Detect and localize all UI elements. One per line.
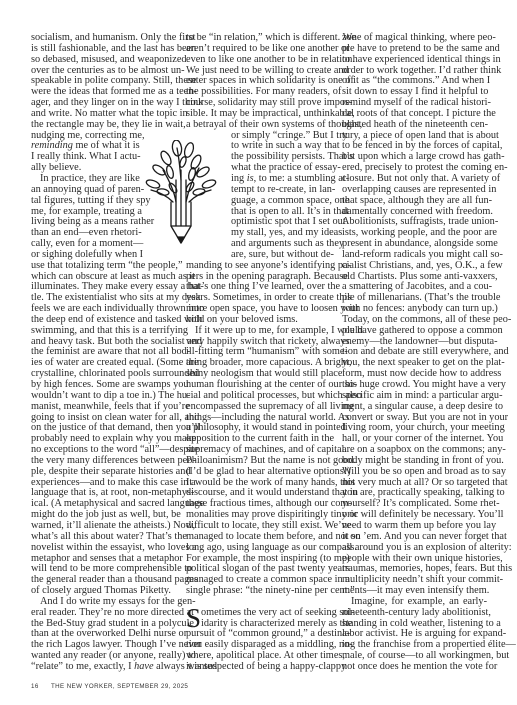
text-line: swimming, and that this is a terrifying xyxy=(31,326,176,337)
italic-emphasis: is xyxy=(247,173,254,184)
text-line: long ago, using language as our compass. xyxy=(186,543,331,554)
page-number: 16 xyxy=(31,683,51,690)
text-line: ment, a singular cause, a deep desire to xyxy=(342,402,487,413)
text-line: (I’d be glad to hear alternative options… xyxy=(186,467,331,478)
text-line: tal figures, tutting if they spy xyxy=(31,196,131,207)
text-column-3: zone of magical thinking, where peo- ple… xyxy=(342,33,487,673)
text-line: ple have gathered to oppose a common xyxy=(342,326,487,337)
text-line: use that totalizing term “the people,” xyxy=(31,261,176,272)
text-column-1: socialism, and humanism. Only the first … xyxy=(31,33,176,673)
text-line: novelist within the essayist, who loves … xyxy=(31,543,176,554)
text-line: a betrayal of their own systems of thoug… xyxy=(186,120,331,131)
text-line: manding to see anyone’s identifying pa- xyxy=(186,261,331,272)
text-line: cialist Christians, and, yes, O.K., a fe… xyxy=(342,261,487,272)
text-line: single phrase: “the ninety-nine per cent… xyxy=(186,586,331,597)
text-line: Sometimes the very act of seeking sol- xyxy=(186,608,331,619)
italic-emphasis: have xyxy=(134,661,153,672)
text-line: even to like one another to be in relati… xyxy=(186,55,331,66)
italic-emphasis: reminding xyxy=(31,140,73,151)
text-column-2: to be “in relation,” which is different.… xyxy=(186,33,331,673)
text-line: blasted heath of the nineteenth cen- xyxy=(342,120,487,131)
text-line: guage, a common space, one xyxy=(231,196,331,207)
text-line: the rectangle may be, they lie in wait, xyxy=(31,120,176,131)
text-line: so debased, misused, and weaponized xyxy=(31,55,176,66)
text-line: eral reader. They’re no more directed at xyxy=(31,608,176,619)
text-line: nineteenth-century lady abolitionist, xyxy=(342,608,487,619)
pencil-sprouting-leaves-icon xyxy=(133,140,229,246)
page-footer: 16THE NEW YORKER, SEPTEMBER 29, 2025 xyxy=(31,683,188,690)
text-line: all around you is an explosion of alteri… xyxy=(342,543,487,554)
running-foot: THE NEW YORKER, SEPTEMBER 29, 2025 xyxy=(51,683,188,690)
text-line: “relate” to me, exactly, I have always w… xyxy=(31,662,176,673)
drop-cap: S xyxy=(186,607,201,629)
text-line: not once does he mention the vote for xyxy=(342,662,487,673)
text-line: ple, despite their separate histories an… xyxy=(31,467,176,478)
text-line: that space, although they are all fun- xyxy=(342,196,487,207)
text-line: Will you be so open and broad as to say xyxy=(342,467,487,478)
magazine-page: socialism, and humanism. Only the first … xyxy=(0,0,517,705)
text-line: manist, meanwhile, feels that if you’re xyxy=(31,402,176,413)
text-line: it is suspected of being a happy-clappy xyxy=(186,662,331,673)
paragraph-start-line: If it were up to me, for example, I woul… xyxy=(186,326,331,337)
text-line: encompassed the supremacy of all living xyxy=(186,402,331,413)
text-line: to have experienced identical things in xyxy=(342,55,487,66)
